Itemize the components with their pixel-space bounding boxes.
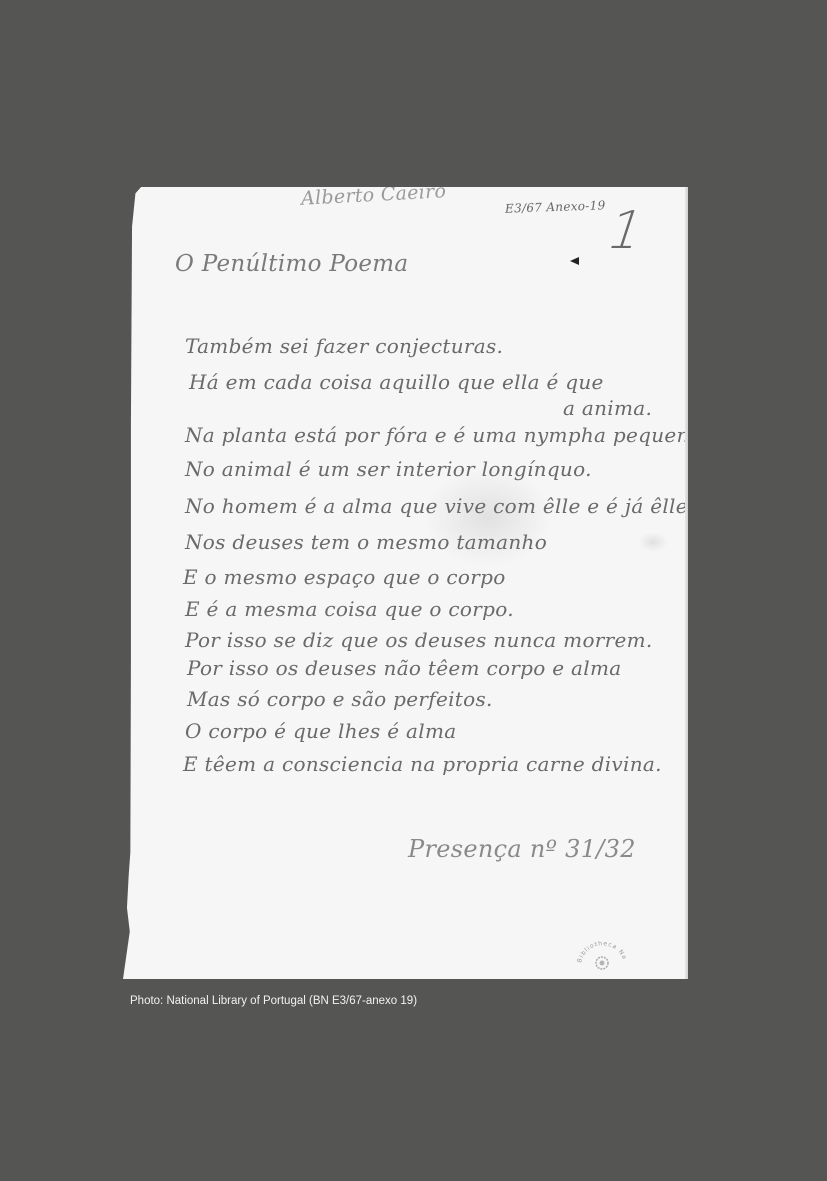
- poem-line: No animal é um ser interior longínquo.: [185, 457, 592, 481]
- library-stamp-icon: Bibliotheca Nacional: [573, 929, 629, 973]
- archive-reference: E3/67 Anexo-19: [505, 198, 606, 216]
- publication-note: Presença nº 31/32: [408, 835, 636, 863]
- author-note: Alberto Caeiro: [301, 180, 447, 210]
- poem-line: Nos deuses tem o mesmo tamanho: [185, 530, 547, 554]
- svg-text:Bibliotheca Nacional: Bibliotheca Nacional: [573, 929, 628, 964]
- photo-caption: Photo: National Library of Portugal (BN …: [130, 995, 417, 1007]
- poem-line: Há em cada coisa aquillo que ella é que: [189, 370, 604, 394]
- poem-line: No homem é a alma que vive com êlle e é …: [185, 494, 695, 518]
- poem-line: Por isso se diz que os deuses nunca morr…: [185, 628, 653, 652]
- poem-line: a anima.: [563, 396, 652, 420]
- pointer-mark-icon: [570, 257, 579, 265]
- manuscript-page: Alberto Caeiro E3/67 Anexo-19 1 O Penúlt…: [123, 187, 688, 979]
- poem-title: O Penúltimo Poema: [175, 251, 408, 277]
- poem-line: E é a mesma coisa que o corpo.: [185, 597, 514, 621]
- poem-line: Na planta está por fóra e é uma nympha p…: [185, 423, 709, 447]
- poem-line: Mas só corpo e são perfeitos.: [187, 687, 493, 711]
- page-number: 1: [599, 201, 652, 261]
- poem-line: Também sei fazer conjecturas.: [185, 334, 503, 358]
- poem-line: Por isso os deuses não têem corpo e alma: [187, 656, 621, 680]
- paper-smudge: [638, 532, 668, 552]
- poem-line: O corpo é que lhes é alma: [185, 719, 456, 743]
- poem-line: E têem a consciencia na propria carne di…: [183, 752, 662, 776]
- poem-line: E o mesmo espaço que o corpo: [183, 565, 506, 589]
